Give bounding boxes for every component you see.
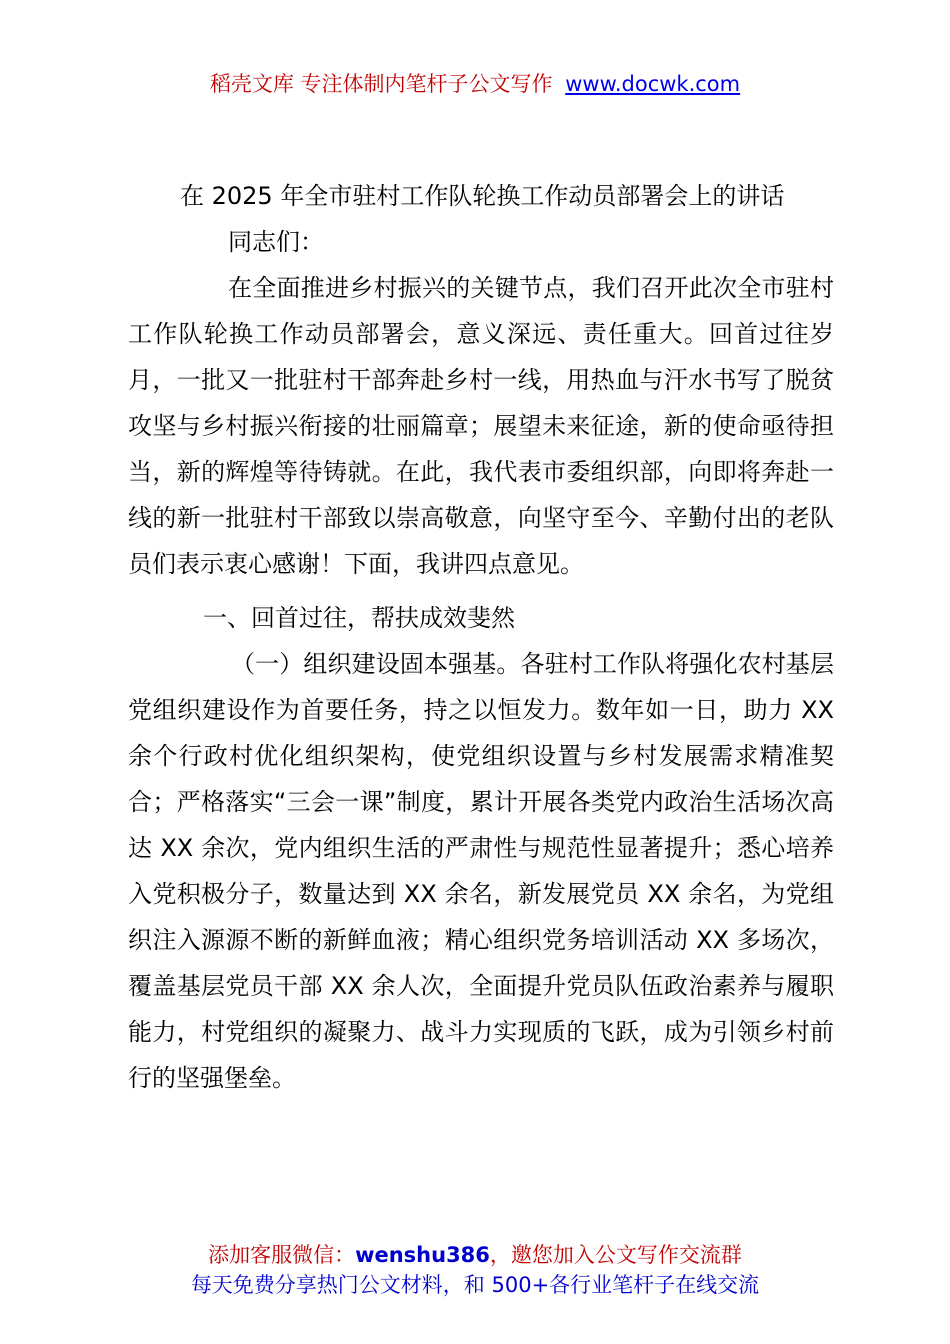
website-link[interactable]: www.docwk.com bbox=[565, 72, 740, 96]
subsection-paragraph: （一）组织建设固本强基。各驻村工作队将强化农村基层党组织建设作为首要任务，持之以… bbox=[128, 641, 834, 1101]
salutation: 同志们： bbox=[128, 219, 834, 265]
footer-line-2: 每天免费分享热门公文材料，和 500+各行业笔杆子在线交流 bbox=[0, 1270, 950, 1300]
footer-line-1: 添加客服微信：wenshu386，邀您加入公文写作交流群 bbox=[0, 1240, 950, 1270]
intro-paragraph: 在全面推进乡村振兴的关键节点，我们召开此次全市驻村工作队轮换工作动员部署会，意义… bbox=[128, 265, 834, 587]
wechat-prefix: 添加客服微信： bbox=[208, 1243, 355, 1267]
header-banner: 稻壳文库 专注体制内笔杆子公文写作 www.docwk.com bbox=[0, 70, 950, 98]
footer-promo: 添加客服微信：wenshu386，邀您加入公文写作交流群 每天免费分享热门公文材… bbox=[0, 1240, 950, 1300]
document-body: 在 2025 年全市驻村工作队轮换工作动员部署会上的讲话 同志们： 在全面推进乡… bbox=[128, 173, 834, 1101]
section-heading: 一、回首过往，帮扶成效斐然 bbox=[128, 595, 834, 641]
document-title: 在 2025 年全市驻村工作队轮换工作动员部署会上的讲话 bbox=[128, 173, 834, 219]
brand-slogan: 稻壳文库 专注体制内笔杆子公文写作 bbox=[210, 72, 553, 96]
wechat-id: wenshu386 bbox=[355, 1243, 490, 1267]
wechat-suffix: ，邀您加入公文写作交流群 bbox=[490, 1243, 742, 1267]
